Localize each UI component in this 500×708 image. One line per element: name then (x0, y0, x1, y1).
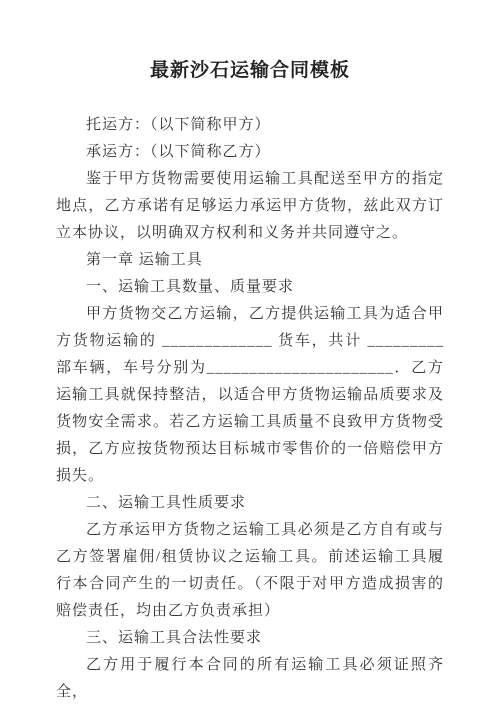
section-heading: 第一章 运输工具 (56, 247, 444, 274)
paragraph: 托运方：（以下简称甲方） (56, 112, 444, 139)
paragraph: 承运方：（以下简称乙方） (56, 139, 444, 166)
document-page: 最新沙石运输合同模板 托运方：（以下简称甲方）承运方：（以下简称乙方）鉴于甲方货… (0, 0, 500, 708)
paragraph: 乙方承运甲方货物之运输工具必须是乙方自有或与乙方签署雇佣/租赁协议之运输工具。前… (56, 517, 444, 625)
section-heading: 三、运输工具合法性要求 (56, 625, 444, 652)
document-body: 托运方：（以下简称甲方）承运方：（以下简称乙方）鉴于甲方货物需要使用运输工具配送… (56, 112, 444, 706)
section-heading: 二、运输工具性质要求 (56, 490, 444, 517)
paragraph: 乙方用于履行本合同的所有运输工具必须证照齐全， (56, 652, 444, 706)
document-title: 最新沙石运输合同模板 (0, 0, 500, 84)
paragraph: 鉴于甲方货物需要使用运输工具配送至甲方的指定地点，乙方承诺有足够运力承运甲方货物… (56, 166, 444, 247)
paragraph: 甲方货物交乙方运输，乙方提供运输工具为适合甲方货物运输的 ___________… (56, 301, 444, 490)
section-heading: 一、运输工具数量、质量要求 (56, 274, 444, 301)
